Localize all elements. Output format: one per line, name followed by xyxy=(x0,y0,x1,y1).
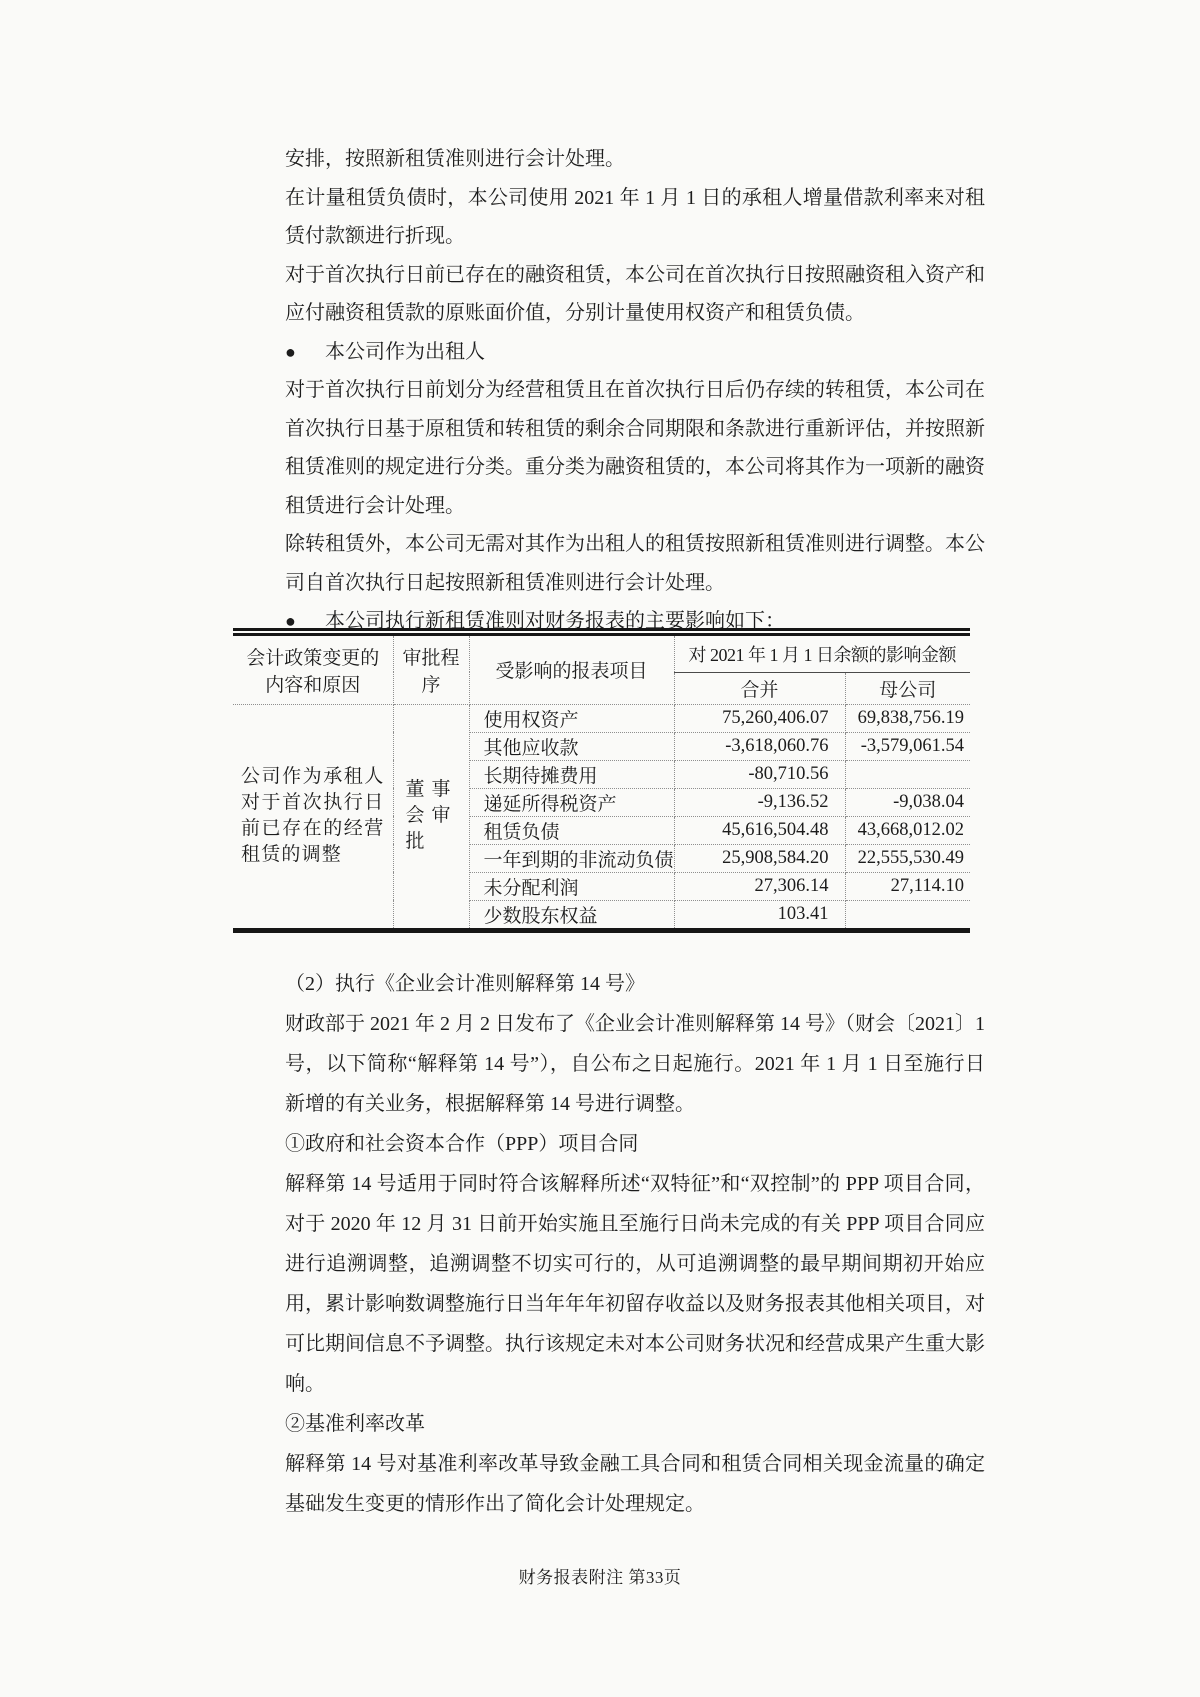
cell-item: 少数股东权益 xyxy=(469,900,674,928)
impact-table-wrapper: 会计政策变更的内容和原因 审批程序 受影响的报表项目 对 2021 年 1 月 … xyxy=(233,628,970,933)
impact-table: 会计政策变更的内容和原因 审批程序 受影响的报表项目 对 2021 年 1 月 … xyxy=(233,636,970,928)
cell-consolidated: 103.41 xyxy=(674,900,845,928)
cell-consolidated: 45,616,504.48 xyxy=(674,816,845,844)
cell-item: 递延所得税资产 xyxy=(469,788,674,816)
table-row: 公司作为承租人对于首次执行日前已存在的经营租赁的调整 董事会审批 使用权资产 7… xyxy=(233,704,970,732)
cell-consolidated: 25,908,584.20 xyxy=(674,844,845,872)
cell-parent xyxy=(845,900,970,928)
cell-parent: 43,668,012.02 xyxy=(845,816,970,844)
change-reason-cell: 公司作为承租人对于首次执行日前已存在的经营租赁的调整 xyxy=(233,704,393,928)
document-page: 安排，按照新租赁准则进行会计处理。 在计量租赁负债时，本公司使用 2021 年 … xyxy=(0,0,1200,1697)
paragraph-subheading: ②基准利率改革 xyxy=(285,1404,985,1444)
col-header-impact-amount: 对 2021 年 1 月 1 日余额的影响金额 xyxy=(674,636,970,672)
paragraph: 对于首次执行日前已存在的融资租赁，本公司在首次执行日按照融资租入资产和应付融资租… xyxy=(285,256,985,333)
approval-cell: 董事会审批 xyxy=(393,704,469,928)
paragraph: 解释第 14 号对基准利率改革导致金融工具合同和租赁合同相关现金流量的确定基础发… xyxy=(285,1444,985,1524)
paragraph: 解释第 14 号适用于同时符合该解释所述“双特征”和“双控制”的 PPP 项目合… xyxy=(285,1164,985,1404)
paragraph: 在计量租赁负债时，本公司使用 2021 年 1 月 1 日的承租人增量借款利率来… xyxy=(285,179,985,256)
bullet-icon: ● xyxy=(285,333,325,372)
cell-consolidated: 27,306.14 xyxy=(674,872,845,900)
cell-item: 其他应收款 xyxy=(469,732,674,760)
bullet-item-lessor: ●本公司作为出租人 xyxy=(285,333,985,372)
col-header-change-reason: 会计政策变更的内容和原因 xyxy=(233,636,393,704)
section-new-lease-standard: 安排，按照新租赁准则进行会计处理。 在计量租赁负债时，本公司使用 2021 年 … xyxy=(285,140,985,641)
col-header-consolidated: 合并 xyxy=(674,672,845,704)
cell-item: 未分配利润 xyxy=(469,872,674,900)
cell-item: 租赁负债 xyxy=(469,816,674,844)
cell-parent: 27,114.10 xyxy=(845,872,970,900)
cell-parent: -9,038.04 xyxy=(845,788,970,816)
page-footer: 财务报表附注 第33页 xyxy=(0,1563,1200,1588)
col-header-parent: 母公司 xyxy=(845,672,970,704)
cell-consolidated: 75,260,406.07 xyxy=(674,704,845,732)
cell-parent xyxy=(845,760,970,788)
cell-item: 使用权资产 xyxy=(469,704,674,732)
bullet-text: 本公司作为出租人 xyxy=(325,341,485,363)
cell-consolidated: -9,136.52 xyxy=(674,788,845,816)
cell-parent: 22,555,530.49 xyxy=(845,844,970,872)
col-header-affected-item: 受影响的报表项目 xyxy=(469,636,674,704)
table-header-row: 会计政策变更的内容和原因 审批程序 受影响的报表项目 对 2021 年 1 月 … xyxy=(233,636,970,672)
paragraph: 安排，按照新租赁准则进行会计处理。 xyxy=(285,140,985,179)
cell-parent: -3,579,061.54 xyxy=(845,732,970,760)
cell-item: 一年到期的非流动负债 xyxy=(469,844,674,872)
paragraph-subheading: ①政府和社会资本合作（PPP）项目合同 xyxy=(285,1124,985,1164)
cell-consolidated: -80,710.56 xyxy=(674,760,845,788)
col-header-approval: 审批程序 xyxy=(393,636,469,704)
paragraph: 除转租赁外，本公司无需对其作为出租人的租赁按照新租赁准则进行调整。本公司自首次执… xyxy=(285,525,985,602)
paragraph-heading: （2）执行《企业会计准则解释第 14 号》 xyxy=(285,964,985,1004)
cell-item: 长期待摊费用 xyxy=(469,760,674,788)
section-interpretation-14: （2）执行《企业会计准则解释第 14 号》 财政部于 2021 年 2 月 2 … xyxy=(285,964,985,1524)
cell-consolidated: -3,618,060.76 xyxy=(674,732,845,760)
paragraph: 对于首次执行日前划分为经营租赁且在首次执行日后仍存续的转租赁，本公司在首次执行日… xyxy=(285,371,985,525)
cell-parent: 69,838,756.19 xyxy=(845,704,970,732)
paragraph: 财政部于 2021 年 2 月 2 日发布了《企业会计准则解释第 14 号》（财… xyxy=(285,1004,985,1124)
